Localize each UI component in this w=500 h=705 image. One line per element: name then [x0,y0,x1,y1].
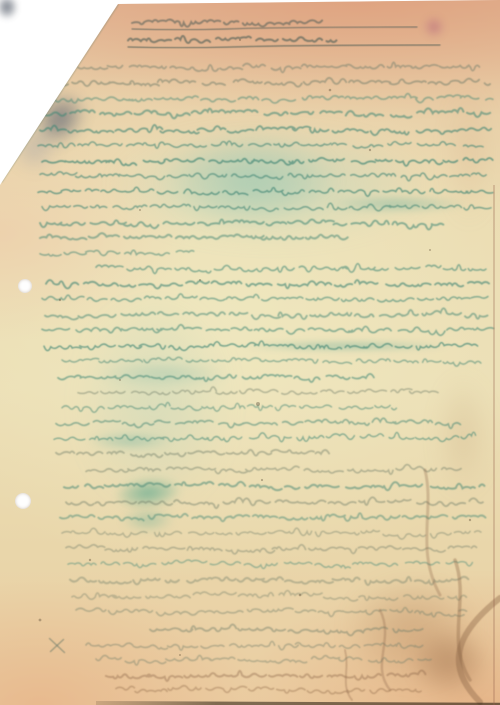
handwriting-stroke [380,610,390,690]
paper-speck [139,209,141,211]
stain-teal-blob-lower [112,505,184,535]
handwriting-stroke [132,20,322,27]
handwriting-stroke [150,624,423,635]
handwriting-stroke [459,598,500,702]
stain-tear-smudge-soft [0,108,75,188]
manuscript-page [0,0,500,705]
stain-corner-scan-shadow [0,0,22,24]
handwriting-stroke [68,560,472,569]
handwriting-stroke [42,294,488,302]
handwriting-stroke [455,560,470,680]
handwriting-stroke [64,482,484,490]
paper-edge-right [493,185,495,705]
paper-speck [369,149,371,151]
handwriting-stroke [40,233,348,240]
paper-speck [299,594,302,597]
handwriting-stroke [66,545,477,554]
paper-speck [89,559,91,561]
paper-speck [469,519,471,521]
handwriting-stroke [58,374,374,382]
stain-teal-patch-left [70,360,255,388]
paper-speck [329,89,332,92]
stain-teal-wash-upper [50,105,490,265]
handwriting-stroke [56,450,329,457]
handwriting-stroke [116,686,421,694]
scan-edge-top [92,0,500,3]
handwriting-stroke [72,591,466,601]
handwriting-stroke [128,45,440,48]
handwriting-stroke [51,640,64,652]
handwriting-stroke [78,62,479,72]
paper-speck [199,279,201,281]
handwriting-stroke [132,27,417,30]
handwriting-stroke [66,497,483,508]
handwriting-stroke [106,671,425,681]
stain-teal-wash-core [130,115,370,245]
stain-teal-streak-mid [200,338,490,354]
scanned-document [0,0,500,705]
handwriting-stroke [38,187,493,196]
handwriting-stroke [40,250,194,256]
stain-teal-streak-right [300,193,495,215]
stain-tear-smudge-dark [11,68,109,169]
handwriting-stroke [40,172,486,181]
paper-speck [119,379,121,381]
handwriting-stroke [54,432,476,442]
paper-speck [179,654,181,656]
handwriting-stroke [38,94,493,103]
handwriting-stroke [70,577,468,585]
handwriting-stroke [42,325,494,336]
handwriting-stroke [42,78,490,87]
handwriting-stroke [62,357,481,366]
handwriting-stroke [46,280,489,288]
handwriting-stroke [62,402,396,412]
handwriting-stroke [86,465,461,475]
handwriting-stroke [40,125,491,135]
handwriting-stroke [345,650,352,700]
handwriting-stroke [44,108,490,118]
paper-speck [239,39,241,41]
paper-speck [429,249,431,251]
handwriting-stroke [42,203,491,211]
stain-magenta-spot [420,13,448,41]
handwriting-stroke [62,528,481,539]
handwriting-layer [0,0,500,705]
handwriting-stroke [38,141,483,148]
stain-pink-deepen-top-right [440,55,498,255]
paper-speck [59,299,61,301]
paper-speck [261,479,263,481]
handwriting-stroke [96,655,431,665]
stain-brown-smudge-bottom-right [320,555,500,705]
handwriting-stroke [60,513,485,521]
handwriting-stroke [76,608,467,617]
handwriting-stroke [40,219,443,229]
handwriting-stroke [2,5,118,182]
stain-teal-wash-left-column [50,258,260,548]
handwriting-stroke [42,158,493,166]
handwriting-stroke [56,418,460,428]
paper-speck [256,402,260,406]
stain-brown-streak-right [428,350,498,520]
handwriting-stroke [45,308,488,319]
punch-hole [15,493,31,509]
handwriting-stroke [50,639,65,653]
handwriting-stroke [128,36,336,43]
handwriting-stroke [78,387,438,395]
paper-speck [39,619,42,622]
punch-hole [18,279,32,293]
stain-teal-blob-bright [100,467,196,518]
handwriting-stroke [425,470,440,595]
stain-teal-patch-small [72,430,187,452]
handwriting-stroke [86,641,423,650]
handwriting-stroke [44,341,478,351]
handwriting-stroke [96,264,486,274]
scan-edge-bottom [96,701,500,705]
stain-brown-smudge-dark [395,615,500,705]
